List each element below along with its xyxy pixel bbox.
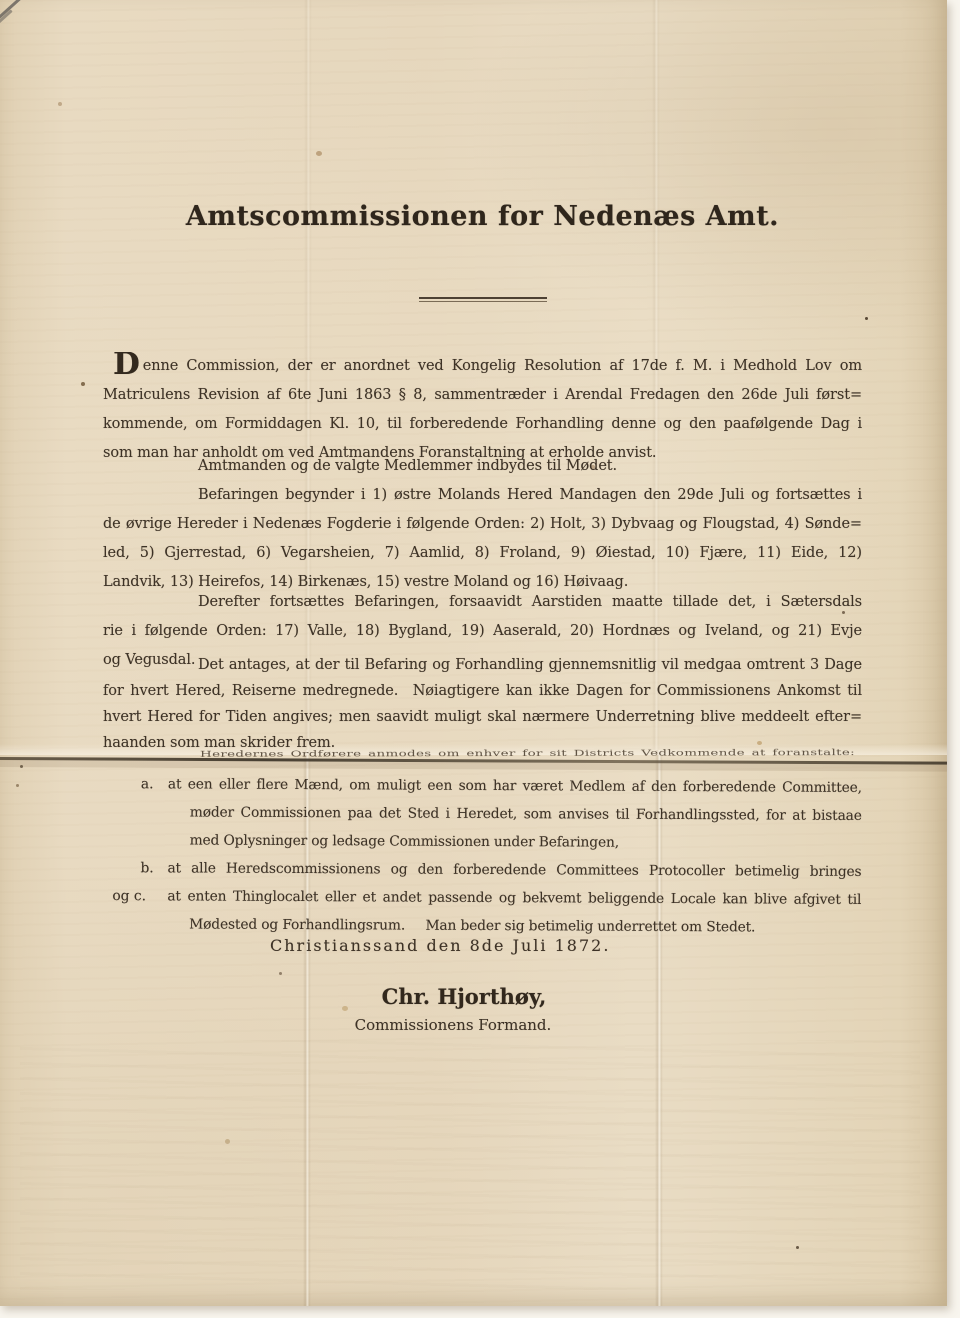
text-line: møder Commissionen paa det Sted i Herede… — [103, 798, 862, 830]
text-line: Derefter fortsættes Befaringen, forsaavi… — [103, 588, 862, 617]
paragraph-itinerary-nedenaes: Befaringen begynder i 1) østre Molands H… — [103, 481, 862, 597]
foxing-spot — [16, 784, 19, 787]
text-line: Befaringen begynder i 1) østre Molands H… — [103, 481, 862, 510]
text-line: led, 5) Gjerrestad, 6) Vegarsheien, 7) A… — [103, 539, 862, 568]
dateline: Christianssand den 8de Juli 1872. — [103, 936, 960, 955]
foxing-spot — [20, 765, 23, 768]
text-line: Denne Commission, der er anordnet ved Ko… — [103, 352, 862, 381]
text-line: at enten Thinglocalet eller et andet pas… — [102, 882, 861, 914]
foxing-spot — [865, 317, 868, 320]
signature-role: Commissionens Formand. — [103, 1016, 803, 1034]
text-line: at een eller flere Mænd, om muligt een s… — [103, 770, 862, 802]
text-line: med Oplysninger og ledsage Commissionen … — [103, 826, 862, 858]
text-line: kommende, om Formiddagen Kl. 10, til for… — [103, 410, 862, 439]
list-label-a: a. — [141, 770, 154, 798]
list-label-c: og c. — [112, 882, 146, 910]
text-line: at alle Heredscommissionens og den forbe… — [102, 854, 861, 886]
foxing-spot — [225, 1139, 230, 1144]
list-item-c: og c. at enten Thinglocalet eller et and… — [102, 882, 861, 914]
paragraph-intro: Denne Commission, der er anordnet ved Ko… — [103, 352, 862, 468]
text-line: hvert Hered for Tiden angives; men saavi… — [103, 704, 862, 730]
drop-cap-initial: D — [103, 352, 143, 381]
list-item-a-cont: møder Commissionen paa det Sted i Herede… — [103, 798, 862, 830]
list-item-b: b. at alle Heredscommissionens og den fo… — [102, 854, 861, 886]
list-item-a-cont: med Oplysninger og ledsage Commissionen … — [103, 826, 862, 858]
text-line: Heredernes Ordførere anmodes om enhver f… — [103, 748, 855, 760]
paragraph-invitation: Amtmanden og de valgte Medlemmer indbyde… — [103, 452, 862, 481]
scanned-document: { "document": { "title": "Amtscommission… — [0, 0, 960, 1318]
text-line: rie i følgende Orden: 17) Valle, 18) Byg… — [103, 617, 862, 646]
foxing-spot — [796, 1246, 799, 1249]
request-list: a. at een eller flere Mænd, om muligt ee… — [102, 770, 862, 942]
document-page: Amtscommissionen for Nedenæs Amt. Denne … — [0, 0, 947, 1306]
foxing-spot — [279, 972, 282, 975]
list-item-a: a. at een eller flere Mænd, om muligt ee… — [103, 770, 862, 802]
signature-name: Chr. Hjorthøy, — [103, 984, 825, 1009]
foxing-spot — [316, 151, 322, 156]
foxing-spot — [81, 382, 85, 386]
paragraph-duration: Det antages, at der til Befaring og Forh… — [103, 652, 862, 756]
text-line: for hvert Hered, Reiserne medregnede. Nø… — [103, 678, 862, 704]
text-line: de øvrige Hereder i Nedenæs Fogderie i f… — [103, 510, 862, 539]
foxing-spot — [58, 102, 62, 106]
text-line: Det antages, at der til Befaring og Forh… — [103, 652, 862, 678]
text-line: Matriculens Revision af 6te Juni 1863 § … — [103, 381, 862, 410]
ink-bleedthrough — [20, 1040, 920, 1290]
document-title: Amtscommissionen for Nedenæs Amt. — [103, 201, 862, 232]
text-line: Amtmanden og de valgte Medlemmer indbyde… — [103, 452, 862, 481]
list-label-b: b. — [140, 854, 153, 882]
fold-distorted-line: Heredernes Ordførere anmodes om enhver f… — [103, 745, 862, 762]
title-divider — [419, 297, 547, 302]
